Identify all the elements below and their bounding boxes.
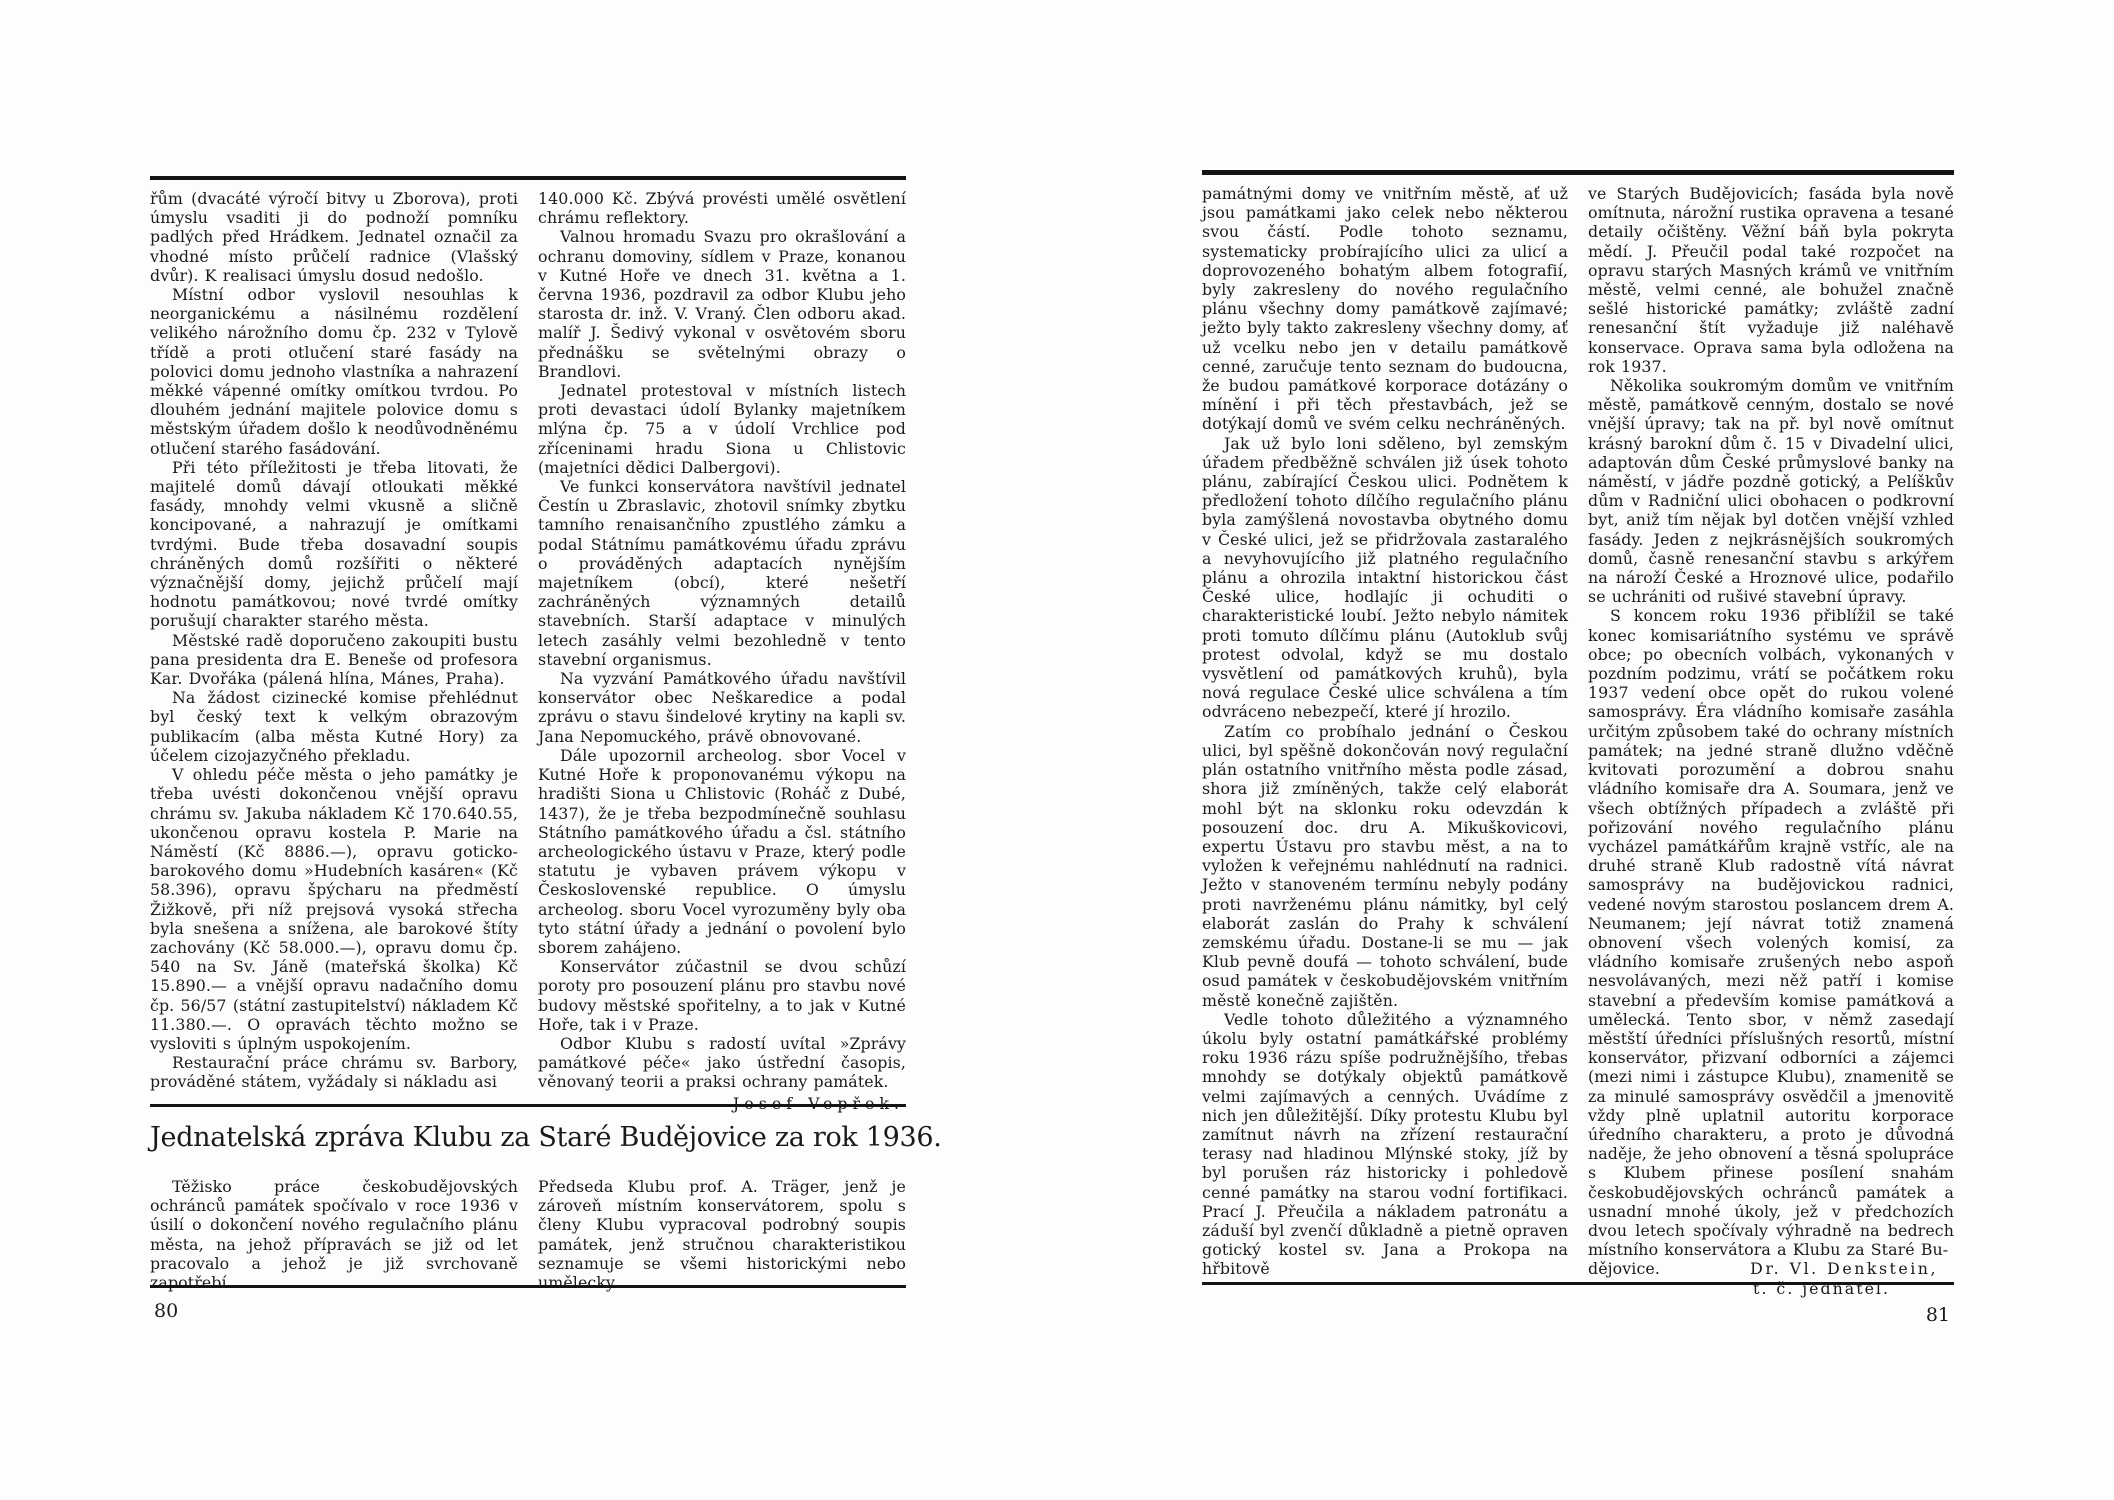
section-column-1: Těžisko práce českobudějovských ochránců… [150,1177,518,1292]
paragraph: Při této příležitosti je třeba litovati,… [150,458,518,631]
left-page-columns: řům (dvacáté výročí bitvy u Zborova), pr… [150,189,906,1113]
paragraph: Předseda Klubu prof. A. Träger, jenž je … [538,1177,906,1292]
section-column-2: Předseda Klubu prof. A. Träger, jenž je … [538,1177,906,1292]
column-paragraphs: ve Starých Budějovicích; fasáda byla nov… [1588,184,1954,1259]
paragraph: Dále upozornil archeolog. sbor Vocel v K… [538,746,906,957]
paragraph: Na žádost cizinecké komise přehlédnut by… [150,688,518,765]
paragraph: Zatím co probíhalo jednání o Českou ulic… [1202,722,1568,1010]
bottom-rule-left [150,1285,906,1288]
paragraph: památnými domy ve vnitřním městě, ať už … [1202,184,1568,434]
signature-row: dějovice. Dr. Vl. Denkstein, [1588,1259,1954,1278]
paragraph: ve Starých Budějovicích; fasáda byla nov… [1588,184,1954,376]
paragraph: Konservátor zúčastnil se dvou schůzí por… [538,957,906,1034]
page-left: řům (dvacáté výročí bitvy u Zborova), pr… [150,0,906,1500]
paragraph: Těžisko práce českobudějovských ochránců… [150,1177,518,1292]
paragraph: Restaurační práce chrámu sv. Barbory, pr… [150,1053,518,1091]
paragraph: Odbor Klubu s radostí uvítal »Zprávy pam… [538,1034,906,1092]
paragraph-last-line: dějovice. [1588,1259,1660,1278]
paragraph: řům (dvacáté výročí bitvy u Zborova), pr… [150,189,518,285]
paragraph: Ve funkci konservátora navštívil jednate… [538,477,906,669]
paragraph: V ohledu péče města o jeho památky je tř… [150,765,518,1053]
text-column-4: ve Starých Budějovicích; fasáda byla nov… [1588,184,1954,1298]
section-columns: Těžisko práce českobudějovských ochránců… [150,1177,906,1292]
page-number-80: 80 [154,1300,178,1322]
paragraph: Vedle tohoto důležitého a významného úko… [1202,1010,1568,1279]
paragraph: Několika soukromým domům ve vnitřním měs… [1588,376,1954,606]
paragraph: Místní odbor vyslovil nesouhlas k neorga… [150,285,518,458]
right-page-columns: památnými domy ve vnitřním městě, ať už … [1202,184,1954,1298]
text-column-2: 140.000 Kč. Zbývá provésti umělé osvětle… [538,189,906,1113]
text-column-3: památnými domy ve vnitřním městě, ať už … [1202,184,1568,1298]
text-column-1: řům (dvacáté výročí bitvy u Zborova), pr… [150,189,518,1113]
paragraph: Valnou hromadu Svazu pro okrašlování a o… [538,227,906,381]
bottom-rule-right [1202,1282,1954,1285]
paragraph: Jednatel protestoval v místních listech … [538,381,906,477]
top-rule-left [150,176,906,180]
page-number-81: 81 [1926,1304,1950,1326]
book-spread: řům (dvacáté výročí bitvy u Zborova), pr… [0,0,2114,1500]
column-paragraphs: 140.000 Kč. Zbývá provésti umělé osvětle… [538,189,906,1092]
paragraph: S koncem roku 1936 přiblížil se také kon… [1588,606,1954,1259]
section-title: Jednatelská zpráva Klubu za Staré Budějo… [150,1122,906,1153]
paragraph: Jak už bylo loni sděleno, byl zemským úř… [1202,434,1568,722]
signature-denkstein: Dr. Vl. Denkstein, [1750,1259,1954,1278]
page-right: památnými domy ve vnitřním městě, ať už … [1202,0,1956,1500]
paragraph: 140.000 Kč. Zbývá provésti umělé osvětle… [538,189,906,227]
section-divider-rule [150,1104,906,1107]
paragraph: Městské radě doporučeno zakoupiti bustu … [150,631,518,689]
top-rule-right [1202,170,1954,175]
paragraph: Na vyzvání Památkového úřadu navštívil k… [538,669,906,746]
